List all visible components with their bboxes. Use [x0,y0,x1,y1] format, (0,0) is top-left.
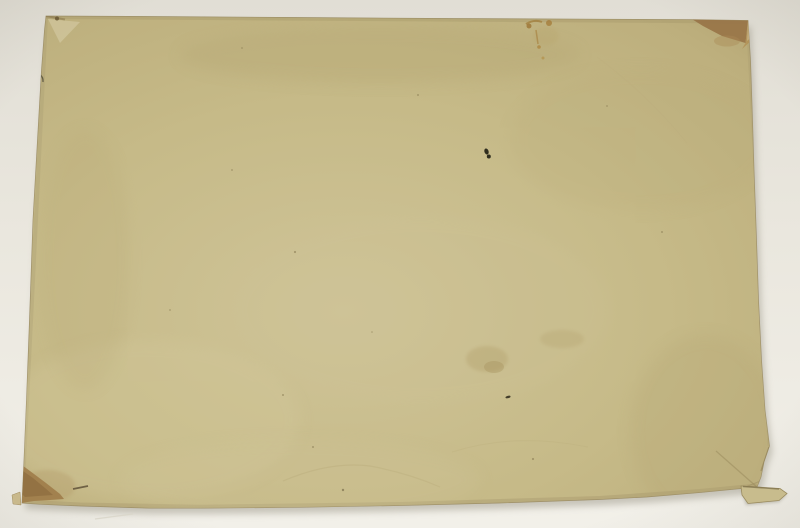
mottle-upper-right [510,70,770,210]
speck-10 [241,47,243,49]
photo-of-aged-paper [0,0,800,528]
speck-4 [312,446,314,448]
speck-1 [294,251,296,253]
speck-12 [169,309,171,311]
speck-3 [282,394,284,396]
dark-fleck-upper-tail [487,155,491,159]
speck-7 [606,105,608,107]
speck-2 [231,169,233,171]
speck-5 [342,489,344,491]
tape-stain-top-right-halo [714,36,740,47]
mottle-center-light [230,215,610,405]
rust-dot-c [537,45,541,49]
speck-11 [371,331,373,333]
stain-mid-left-core [484,361,504,373]
screenshot-root [0,0,800,528]
rust-dot-b [546,20,552,26]
mottle-top-band [180,27,580,83]
mottle-left-band [40,130,130,390]
rust-dot-d [542,57,545,60]
speck-9 [532,458,534,460]
speck-6 [417,94,419,96]
speck-8 [661,231,663,233]
scene-root [0,0,800,528]
rust-dot-a [527,24,532,29]
corner-top-left-dark-dot [55,17,59,21]
stain-mid-right-blot [540,330,584,348]
